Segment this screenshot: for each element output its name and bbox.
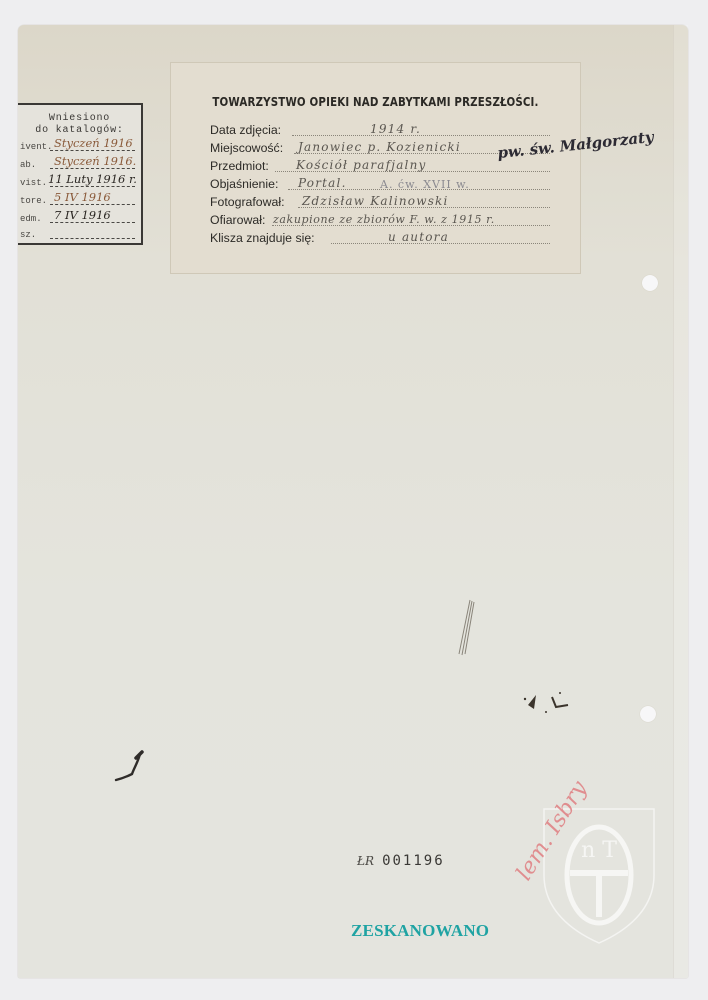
field-description: Objaśnienie: Portal. A. ćw. XVII w. (210, 175, 550, 192)
inventory-number-value: 001196 (382, 853, 445, 869)
stamp-title-line2: do katalogów: (18, 125, 141, 136)
field-photographer: Fotografował: Zdzisław Kalinowski (210, 193, 550, 210)
field-label: Klisza znajduje się: (210, 231, 315, 245)
field-value: Portal. (298, 176, 347, 190)
stamp-row-label: ivent. (20, 142, 52, 152)
field-label: Fotografował: (210, 195, 285, 209)
label-card: TOWARZYSTWO OPIEKI NAD ZABYTKAMI PRZESZŁ… (170, 62, 581, 274)
scanned-stamp: ZESKANOWANO (351, 921, 489, 941)
punch-hole-bottom (640, 706, 656, 722)
field-value: zakupione ze zbiorów F. w. z 1915 r. (273, 213, 495, 226)
stamp-row-value: 11 Luty 1916 r. (48, 172, 137, 186)
stamp-row: ivent. Styczeń 1916 (18, 137, 139, 153)
stamp-row-line (50, 168, 135, 169)
inventory-number: ŁR001196 (357, 853, 445, 869)
ink-scratch-mark (455, 598, 485, 658)
stamp-row: vist. 11 Luty 1916 r. (18, 173, 139, 189)
stamp-row-label: sz. (20, 230, 36, 240)
stamp-row-value: Styczeń 1916. (54, 154, 136, 168)
stamp-row-label: ab. (20, 160, 36, 170)
stamp-row-line (50, 238, 135, 239)
stamp-row-label: edm. (20, 214, 42, 224)
field-value: u autora (388, 230, 449, 244)
catalogue-stamp: Wniesiono do katalogów: ivent. Styczeń 1… (18, 103, 143, 245)
field-label: Objaśnienie: (210, 177, 278, 191)
stamp-row: tore. 5 IV 1916 (18, 191, 139, 207)
ink-splatter-mark (520, 685, 590, 725)
field-label: Ofiarował: (210, 213, 265, 227)
field-donor: Ofiarował: zakupione ze zbiorów F. w. z … (210, 211, 550, 228)
field-label: Przedmiot: (210, 159, 269, 173)
stamp-title-line1: Wniesiono (18, 113, 141, 124)
stamp-row-line (50, 186, 135, 187)
stamp-row-line (50, 150, 135, 151)
ink-stroke-mark (112, 748, 148, 784)
punch-hole-top (642, 275, 658, 291)
field-negative-location: Klisza znajduje się: u autora (210, 229, 550, 246)
stamp-row-value: 5 IV 1916 (54, 190, 111, 204)
field-value: Janowiec p. Kozienicki (298, 140, 461, 154)
stamp-row-label: vist. (20, 178, 47, 188)
field-value: Zdzisław Kalinowski (302, 194, 449, 208)
field-photo-date: Data zdjęcia: 1914 r. (210, 121, 550, 138)
field-value: 1914 r. (370, 122, 421, 136)
svg-text:n T: n T (581, 838, 617, 863)
sheet-edge (673, 25, 688, 978)
pencil-annotation: A. ćw. XVII w. (380, 178, 470, 191)
stamp-row: edm. 7 IV 1916 (18, 209, 139, 225)
stamp-row-value: Styczeń 1916 (54, 136, 133, 150)
field-value: Kościół parafjalny (296, 158, 427, 172)
stamp-row-label: tore. (20, 196, 47, 206)
stamp-row-value: 7 IV 1916 (54, 208, 111, 222)
field-label: Miejscowość: (210, 141, 283, 155)
stamp-row-line (50, 222, 135, 223)
field-label: Data zdjęcia: (210, 123, 281, 137)
stamp-row: sz. (18, 225, 139, 241)
society-title: TOWARZYSTWO OPIEKI NAD ZABYTKAMI PRZESZŁ… (208, 94, 543, 109)
stamp-row-line (50, 204, 135, 205)
field-line (292, 135, 550, 136)
inventory-prefix: ŁR (357, 854, 374, 868)
stamp-row: ab. Styczeń 1916. (18, 155, 139, 171)
